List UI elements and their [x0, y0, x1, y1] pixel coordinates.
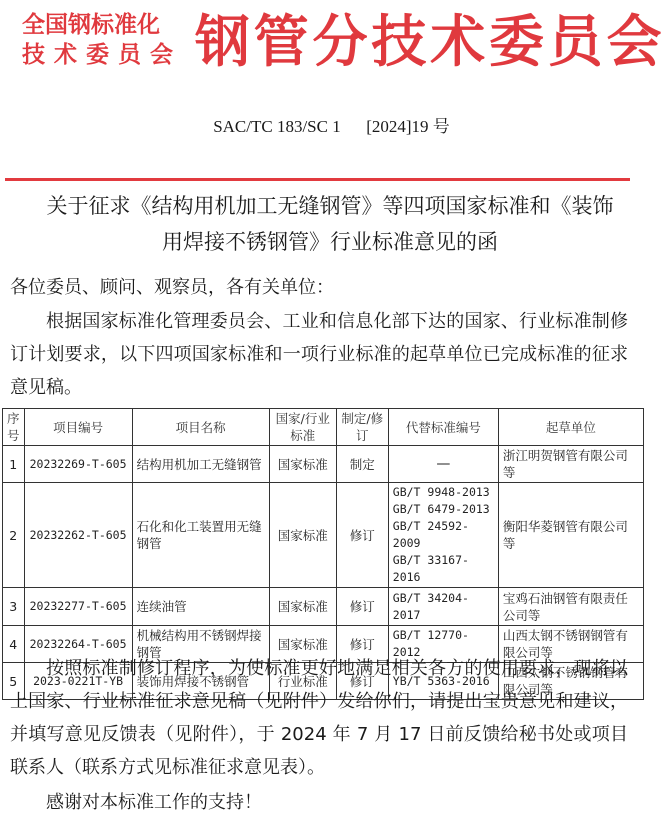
title-line1: 关于征求《结构用机加工无缝钢管》等四项国家标准和《装饰: [10, 188, 650, 224]
title-line2: 用焊接不锈钢管》行业标准意见的函: [10, 224, 650, 260]
table-row: 1 20232269-T-605 结构用机加工无缝钢管 国家标准 制定 — 浙江…: [3, 446, 644, 483]
cell-code: 20232269-T-605: [24, 446, 132, 483]
issuing-org-name: 全国钢标准化 技术委员会: [22, 10, 174, 70]
header-revision: 制定/修订: [336, 409, 388, 446]
cell-code: 20232277-T-605: [24, 588, 132, 626]
cell-drafter: 浙江明贺钢管有限公司等: [498, 446, 643, 483]
replaced-standard: GB/T 24592-2009: [393, 518, 494, 552]
cell-drafter: 宝鸡石油钢管有限责任公司等: [498, 588, 643, 626]
cell-no: 1: [3, 446, 25, 483]
cell-type: 国家标准: [269, 446, 336, 483]
cell-name: 石化和化工装置用无缝钢管: [132, 483, 269, 588]
cell-code: 20232262-T-605: [24, 483, 132, 588]
salutation: 各位委员、顾问、观察员，各有关单位：: [10, 271, 628, 304]
closing-thanks: 感谢对本标准工作的支持！: [10, 786, 628, 819]
table-row: 3 20232277-T-605 连续油管 国家标准 修订 GB/T 34204…: [3, 588, 644, 626]
header-name: 项目名称: [132, 409, 269, 446]
cell-revision: 修订: [336, 588, 388, 626]
cell-revision: 修订: [336, 483, 388, 588]
cell-replaces: GB/T 9948-2013 GB/T 6479-2013 GB/T 24592…: [388, 483, 498, 588]
replaced-standard: GB/T 6479-2013: [393, 501, 494, 518]
header-type: 国家/行业标准: [269, 409, 336, 446]
cell-type: 国家标准: [269, 588, 336, 626]
cell-type: 国家标准: [269, 483, 336, 588]
cell-no: 3: [3, 588, 25, 626]
replaced-standard: GB/T 33167-2016: [393, 552, 494, 586]
cell-replaces: —: [388, 446, 498, 483]
cell-replaces: GB/T 34204-2017: [388, 588, 498, 626]
header-replaces: 代替标准编号: [388, 409, 498, 446]
table-row: 2 20232262-T-605 石化和化工装置用无缝钢管 国家标准 修订 GB…: [3, 483, 644, 588]
red-divider-line: [5, 178, 630, 181]
header-no: 序号: [3, 409, 25, 446]
request-paragraph: 按照标准制修订程序，为使标准更好地满足相关各方的使用要求，现将以上国家、行业标准…: [10, 652, 628, 784]
cell-revision: 制定: [336, 446, 388, 483]
header-drafter: 起草单位: [498, 409, 643, 446]
org-name-line1: 全国钢标准化: [22, 10, 174, 40]
cell-name: 结构用机加工无缝钢管: [132, 446, 269, 483]
header-code: 项目编号: [24, 409, 132, 446]
cell-no: 2: [3, 483, 25, 588]
cell-drafter: 衡阳华菱钢管有限公司等: [498, 483, 643, 588]
intro-paragraph: 根据国家标准化管理委员会、工业和信息化部下达的国家、行业标准制修订计划要求，以下…: [10, 305, 628, 404]
document-number: SAC/TC 183/SC 1 [2024]19 号: [0, 112, 663, 137]
cell-name: 连续油管: [132, 588, 269, 626]
document-title: 关于征求《结构用机加工无缝钢管》等四项国家标准和《装饰 用焊接不锈钢管》行业标准…: [10, 188, 650, 260]
org-name-line2: 技术委员会: [22, 40, 174, 70]
subcommittee-name: 钢管分技术委员会: [195, 10, 663, 74]
table-header-row: 序号 项目编号 项目名称 国家/行业标准 制定/修订 代替标准编号 起草单位: [3, 409, 644, 446]
replaced-standard: GB/T 9948-2013: [393, 484, 494, 501]
